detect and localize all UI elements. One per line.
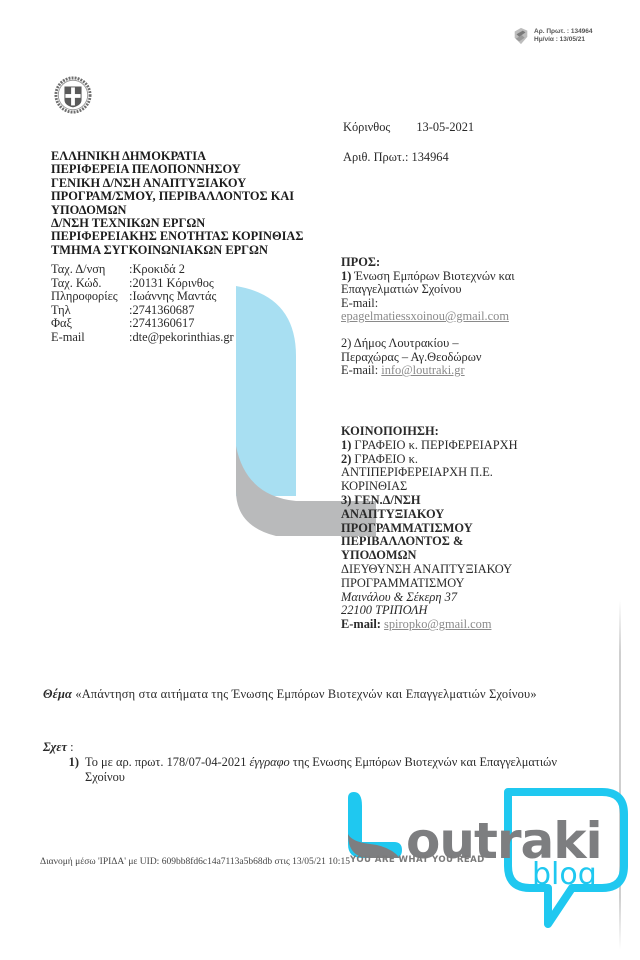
distribution-footer: Διανομή μέσω 'ΙΡΙΔΑ' με UID: 609bb8fd6c1…	[40, 857, 350, 867]
contact-details: Ταχ. Δ/νση:Κροκιδά 2 Ταχ. Κώδ.:20131 Κόρ…	[51, 263, 234, 344]
contact-row: Πληροφορίες:Ιωάννης Μαντάς	[51, 290, 234, 304]
header-line: Δ/ΝΣΗ ΤΕΧΝΙΚΩΝ ΕΡΓΩΝ	[51, 217, 303, 230]
cc-title: ΚΟΙΝΟΠΟΙΗΣΗ:	[341, 425, 518, 439]
header-line: ΕΛΛΗΝΙΚΗ ΔΗΜΟΚΡΑΤΙΑ	[51, 150, 303, 163]
loutraki-blog-logo: outraki blog	[340, 784, 640, 960]
recipient-1: 1) Ένωση Εμπόρων Βιοτεχνών και	[341, 270, 515, 284]
cc-block: ΚΟΙΝΟΠΟΙΗΣΗ: 1) ΓΡΑΦΕΙΟ κ. ΠΕΡΙΦΕΡΕΙΑΡΧΗ…	[341, 425, 518, 632]
header-line: ΠΕΡΙΦΕΡΕΙΑ ΠΕΛΟΠΟΝΝΗΣΟΥ	[51, 163, 303, 176]
place: Κόρινθος	[343, 120, 390, 134]
recipients-title: ΠΡΟΣ:	[341, 256, 515, 270]
contact-row: Φαξ:2741360617	[51, 317, 234, 331]
protocol-stamp: Αρ. Πρωτ. : 134964 Ημ/νία : 13/05/21	[512, 26, 593, 46]
contact-row: Τηλ:2741360687	[51, 304, 234, 318]
stamp-date: Ημ/νία : 13/05/21	[534, 36, 593, 44]
subject-label: Θέμα	[43, 687, 72, 701]
recipient-2-email-link[interactable]: info@loutraki.gr	[381, 363, 464, 377]
subject: Θέμα «Απάντηση στα αιτήματα της Ένωσης Ε…	[43, 688, 563, 702]
stamp-protocol: Αρ. Πρωτ. : 134964	[534, 28, 593, 36]
logo-tagline: YOU ARE WHAT YOU READ	[350, 855, 485, 865]
contact-email[interactable]: :dte@pekorinthias.gr	[129, 331, 234, 345]
logo-sub: blog	[532, 857, 597, 892]
header-line: ΠΕΡΙΦΕΡΕΙΑΚΗΣ ΕΝΟΤΗΤΑΣ ΚΟΡΙΝΘΙΑΣ	[51, 230, 303, 243]
cc-item: 2) ΓΡΑΦΕΙΟ κ.	[341, 453, 518, 467]
greek-coat-of-arms-icon	[54, 76, 92, 114]
related-label: Σχετ :	[43, 741, 74, 755]
cc-item: 1) ΓΡΑΦΕΙΟ κ. ΠΕΡΙΦΕΡΕΙΑΡΧΗ	[341, 439, 518, 453]
protocol-number: Αριθ. Πρωτ.: 134964	[343, 150, 449, 165]
cc-3-email-link[interactable]: spiropko@gmail.com	[384, 617, 491, 631]
stamp-logo-icon	[512, 26, 530, 46]
authority-header: ΕΛΛΗΝΙΚΗ ΔΗΜΟΚΡΑΤΙΑ ΠΕΡΙΦΕΡΕΙΑ ΠΕΛΟΠΟΝΝΗ…	[51, 150, 303, 257]
subject-text: «Απάντηση στα αιτήματα της Ένωσης Εμπόρω…	[72, 687, 537, 701]
header-line: ΤΜΗΜΑ ΣΥΓΚΟΙΝΩΝΙΑΚΩΝ ΕΡΓΩΝ	[51, 244, 303, 257]
header-line: ΓΕΝΙΚΗ Δ/ΝΣΗ ΑΝΑΠΤΥΞΙΑΚΟΥ	[51, 177, 303, 190]
contact-row: E-mail:dte@pekorinthias.gr	[51, 331, 234, 345]
related-item: 1) Το με αρ. πρωτ. 178/07-04-2021 έγγραφ…	[43, 755, 573, 784]
cc-item: 3) ΓΕΝ.Δ/ΝΣΗ	[341, 494, 518, 508]
place-date: Κόρινθος13-05-2021	[343, 120, 474, 135]
header-line: ΥΠΟΔΟΜΩΝ	[51, 204, 303, 217]
header-line: ΠΡΟΓΡΑΜ/ΣΜΟΥ, ΠΕΡΙΒΑΛΛΟΝΤΟΣ ΚΑΙ	[51, 190, 303, 203]
contact-row: Ταχ. Κώδ.:20131 Κόρινθος	[51, 277, 234, 291]
contact-row: Ταχ. Δ/νση:Κροκιδά 2	[51, 263, 234, 277]
document-date: 13-05-2021	[416, 120, 474, 134]
